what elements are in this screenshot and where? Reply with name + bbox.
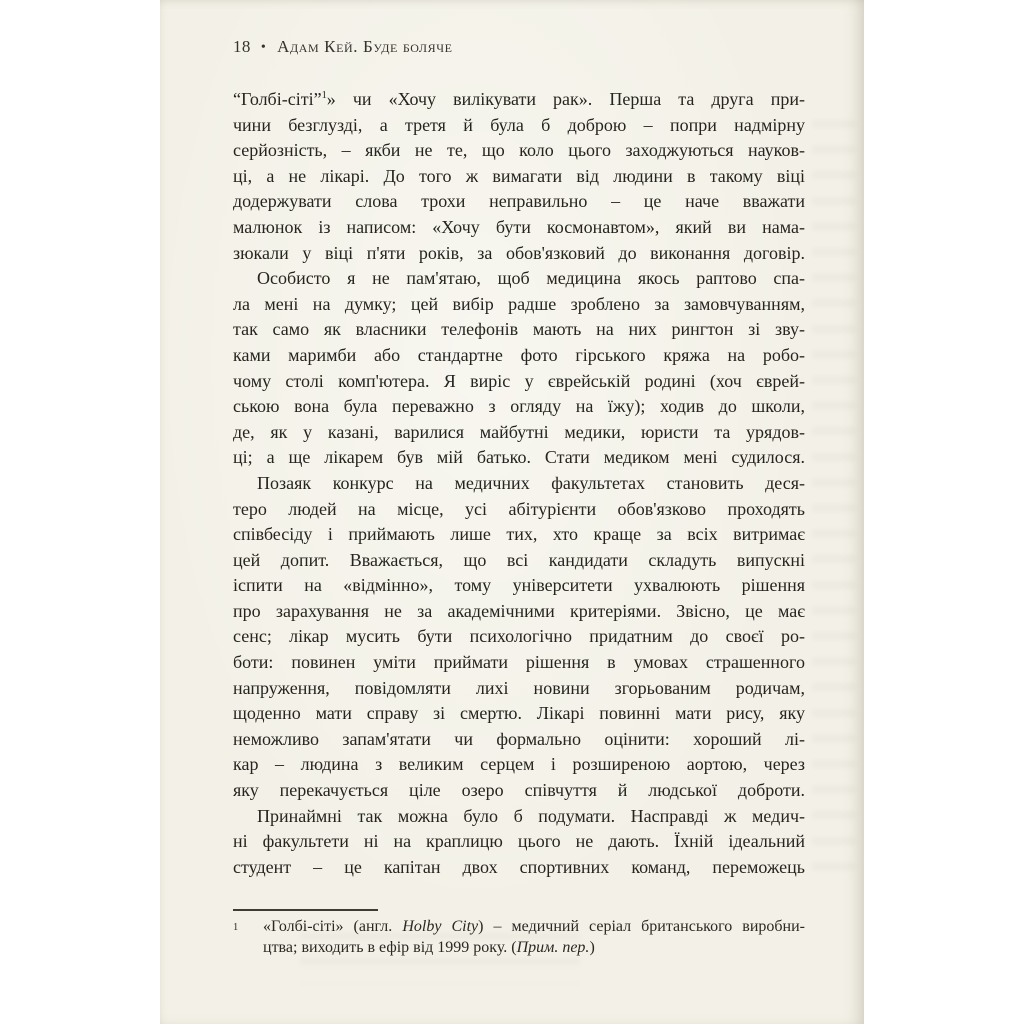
footnote-line: «Голбі-сіті» (англ. Holby City) – медичн… <box>263 917 805 938</box>
text-line: напруження, повідомляти лихі новини згор… <box>233 676 805 702</box>
page-number: 18 <box>233 37 251 56</box>
scan-background: 18•Адам Кей. Буде боляче “Голбі-сіті”1» … <box>0 0 1024 1024</box>
text-line: Позаяк конкурс на медичних факультетах с… <box>233 471 805 497</box>
paragraph: Особисто я не пам'ятаю, щоб медицина яко… <box>233 266 805 471</box>
header-bullet-icon: • <box>261 40 266 55</box>
footnote-divider <box>233 909 378 911</box>
text-line: Особисто я не пам'ятаю, щоб медицина яко… <box>233 266 805 292</box>
text-line: сенс; лікар мусить бути психологічно при… <box>233 624 805 650</box>
text-line: додержувати слова трохи неправильно – це… <box>233 189 805 215</box>
footnote-line: цтва; виходить в ефір від 1999 року. (Пр… <box>263 938 805 959</box>
footnote-translator-note: Прим. пер. <box>517 939 590 956</box>
footnote-text: «Голбі-сіті» (англ. Holby City) – медичн… <box>263 917 805 958</box>
text-line: чини безглузді, а третя й була б доброю … <box>233 113 805 139</box>
body-text: “Голбі-сіті”1» чи «Хочу вилікувати рак».… <box>233 87 805 880</box>
line-continuation: » чи «Хочу вилікувати рак». Перша та дру… <box>327 89 805 109</box>
text-line: ці; а ще лікарем був мій батько. Стати м… <box>233 445 805 471</box>
footnote-original-title: Holby City <box>402 918 478 935</box>
paragraph: Позаяк конкурс на медичних факультетах с… <box>233 471 805 804</box>
text-line: неможливо запам'ятати чи формально оціни… <box>233 727 805 753</box>
footnote-segment: цтва; виходить в ефір від 1999 року. ( <box>263 939 517 956</box>
text-line: цей допит. Вважається, що всі кандидати … <box>233 548 805 574</box>
book-page: 18•Адам Кей. Буде боляче “Голбі-сіті”1» … <box>160 0 864 1024</box>
paragraph: “Голбі-сіті”1» чи «Хочу вилікувати рак».… <box>233 87 805 266</box>
footnote-marker: 1 <box>233 917 263 958</box>
text-line: малюнок із написом: «Хочу бути космонавт… <box>233 215 805 241</box>
text-line: зюкали у віці п'яти років, за обов'язков… <box>233 241 805 267</box>
text-line: ками маримби або стандартне фото гірсько… <box>233 343 805 369</box>
footnote-segment: ) <box>589 939 594 956</box>
text-line: так само як власники телефонів мають на … <box>233 317 805 343</box>
text-line: ла мені на думку; цей вибір радше зробле… <box>233 292 805 318</box>
ink-bleed-artifact <box>812 120 856 880</box>
text-line: студент – це капітан двох спортивних ком… <box>233 855 805 881</box>
text-line: “Голбі-сіті”1» чи «Хочу вилікувати рак».… <box>233 87 805 113</box>
text-line: іспити на «відмінно», тому університети … <box>233 573 805 599</box>
text-line: ці, а не лікарі. До того ж вимагати від … <box>233 164 805 190</box>
footnote-segment: «Голбі-сіті» (англ. <box>263 918 402 935</box>
text-line: де, як у казані, варилися майбутні медик… <box>233 420 805 446</box>
footnote-segment: ) – медичний серіал британського виробни… <box>478 918 805 935</box>
text-line: серйозність, – якби не те, що коло цього… <box>233 138 805 164</box>
footnote: 1 «Голбі-сіті» (англ. Holby City) – меди… <box>233 917 805 958</box>
text-line: боти: повинен уміти приймати рішення в у… <box>233 650 805 676</box>
text-line: про зарахування не за академічними крите… <box>233 599 805 625</box>
quoted-series-title: “Голбі-сіті” <box>233 89 322 109</box>
running-title: Адам Кей. Буде боляче <box>277 37 452 56</box>
text-line: кар – людина з великим серцем і розширен… <box>233 752 805 778</box>
text-line: ні факультети ні на краплицю цього не да… <box>233 829 805 855</box>
text-line: теро людей на місце, усі абітурієнти обо… <box>233 497 805 523</box>
page-header: 18•Адам Кей. Буде боляче <box>233 37 805 57</box>
paragraph: Принаймні так можна було б подумати. Нас… <box>233 804 805 881</box>
text-line: чому столі комп'ютера. Я виріс у єврейсь… <box>233 369 805 395</box>
text-line: щоденно мати справу зі смертю. Лікарі по… <box>233 701 805 727</box>
text-line: ською вона була переважно з огляду на їж… <box>233 394 805 420</box>
text-line: Принаймні так можна було б подумати. Нас… <box>233 804 805 830</box>
text-line: співбесіду і приймають лише тих, хто кра… <box>233 522 805 548</box>
text-line: яку перекачується ціле озеро співчуття й… <box>233 778 805 804</box>
